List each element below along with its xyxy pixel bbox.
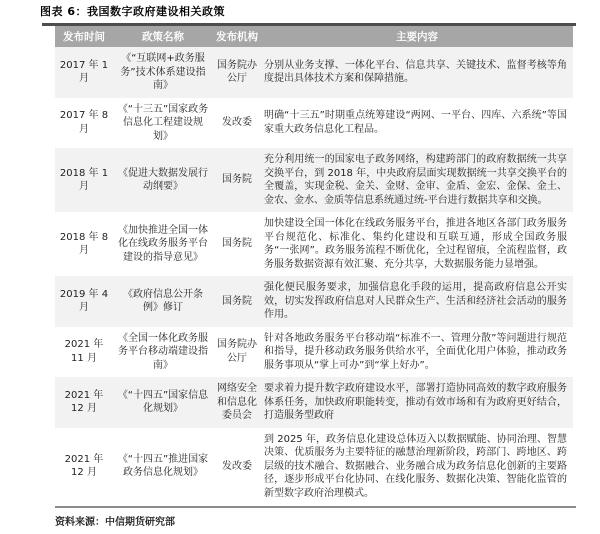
policy-table: 发布时间 政策名称 发布机构 主要内容 2017 年 1 月 《“互联网+政务服… xyxy=(55,26,573,505)
policy-date: 2018 年 8 月 xyxy=(55,212,113,276)
policy-agency: 发改委 xyxy=(213,428,261,506)
source-attribution: 资料来源：中信期货研究部 xyxy=(55,513,600,528)
policy-agency: 国务院 xyxy=(213,148,261,212)
policy-name: 《“十三五”国家政务信息化工程建设规划》 xyxy=(113,98,213,149)
policy-agency: 国务院 xyxy=(213,212,261,276)
policy-name: 《政府信息公开条例》修订 xyxy=(113,276,213,327)
table-row: 2021 年 12 月 《“十四五”推进国家政务信息化规划》 发改委 到 202… xyxy=(55,428,573,506)
policy-content: 充分利用统一的国家电子政务网络，构建跨部门的政府数据统一共享交换平台，到 201… xyxy=(261,148,573,212)
policy-date: 2021 年 12 月 xyxy=(55,428,113,506)
report-page: 图表 6：我国数字政府建设相关政策 发布时间 政策名称 发布机构 主要内容 20… xyxy=(0,0,600,528)
col-header-date: 发布时间 xyxy=(55,26,113,47)
table-row: 2021 年 11 月 《全国一体化政务服务平台移动端建设指南》 国务院办公厅 … xyxy=(55,327,573,378)
policy-date: 2019 年 4 月 xyxy=(55,276,113,327)
policy-date: 2017 年 8 月 xyxy=(55,98,113,149)
policy-date: 2017 年 1 月 xyxy=(55,47,113,98)
policy-content: 到 2025 年，政务信息化建设总体迈入以数据赋能、协同治理、智慧决策、优质服务… xyxy=(261,428,573,506)
policy-date: 2018 年 1 月 xyxy=(55,148,113,212)
policy-name: 《“互联网+政务服务”技术体系建设指南》 xyxy=(113,47,213,98)
policy-content: 针对各地政务服务平台移动端“标准不一、管理分散”等问题进行规范和指导，提升移动政… xyxy=(261,327,573,378)
policy-name: 《促进大数据发展行动纲要》 xyxy=(113,148,213,212)
policy-name: 《全国一体化政务服务平台移动端建设指南》 xyxy=(113,327,213,378)
policy-agency: 网络安全和信息化委员会 xyxy=(213,377,261,428)
table-row: 2018 年 1 月 《促进大数据发展行动纲要》 国务院 充分利用统一的国家电子… xyxy=(55,148,573,212)
col-header-agency: 发布机构 xyxy=(213,26,261,47)
table-row: 2019 年 4 月 《政府信息公开条例》修订 国务院 强化便民服务要求，加强信… xyxy=(55,276,573,327)
col-header-content: 主要内容 xyxy=(261,26,573,47)
policy-agency: 国务院办公厅 xyxy=(213,327,261,378)
table-row: 2017 年 1 月 《“互联网+政务服务”技术体系建设指南》 国务院办公厅 分… xyxy=(55,47,573,98)
policy-name: 《“十四五”国家信息化规划》 xyxy=(113,377,213,428)
policy-date: 2021 年 11 月 xyxy=(55,327,113,378)
policy-content: 加快建设全国一体化在线政务服务平台，推进各地区各部门政务服务平台规范化、标准化、… xyxy=(261,212,573,276)
policy-date: 2021 年 12 月 xyxy=(55,377,113,428)
policy-content: 强化便民服务要求，加强信息化手段的运用，提高政府信息公开实效，切实发挥政府信息对… xyxy=(261,276,573,327)
policy-agency: 发改委 xyxy=(213,98,261,149)
policy-agency: 国务院 xyxy=(213,276,261,327)
policy-name: 《“十四五”推进国家政务信息化规划》 xyxy=(113,428,213,506)
table-row: 2021 年 12 月 《“十四五”国家信息化规划》 网络安全和信息化委员会 要… xyxy=(55,377,573,428)
policy-agency: 国务院办公厅 xyxy=(213,47,261,98)
figure-title: 图表 6：我国数字政府建设相关政策 xyxy=(40,3,600,19)
col-header-name: 政策名称 xyxy=(113,26,213,47)
table-header-row: 发布时间 政策名称 发布机构 主要内容 xyxy=(55,26,573,47)
policy-name: 《加快推进全国一体化在线政务服务平台建设的指导意见》 xyxy=(113,212,213,276)
policy-content: 明确“十三五”时期重点统筹建设“两网、一平台、四库、六系统”等国家重大政务信息化… xyxy=(261,98,573,149)
table-bottom-divider xyxy=(55,506,576,508)
policy-content: 分别从业务支撑、一体化平台、信息共享、关键技术、监督考核等角度提出具体技术方案和… xyxy=(261,47,573,98)
policy-content: 要求着力提升数字政府建设水平，部署打造协同高效的数字政府服务体系任务，加快政府职… xyxy=(261,377,573,428)
table-row: 2017 年 8 月 《“十三五”国家政务信息化工程建设规划》 发改委 明确“十… xyxy=(55,98,573,149)
table-row: 2018 年 8 月 《加快推进全国一体化在线政务服务平台建设的指导意见》 国务… xyxy=(55,212,573,276)
